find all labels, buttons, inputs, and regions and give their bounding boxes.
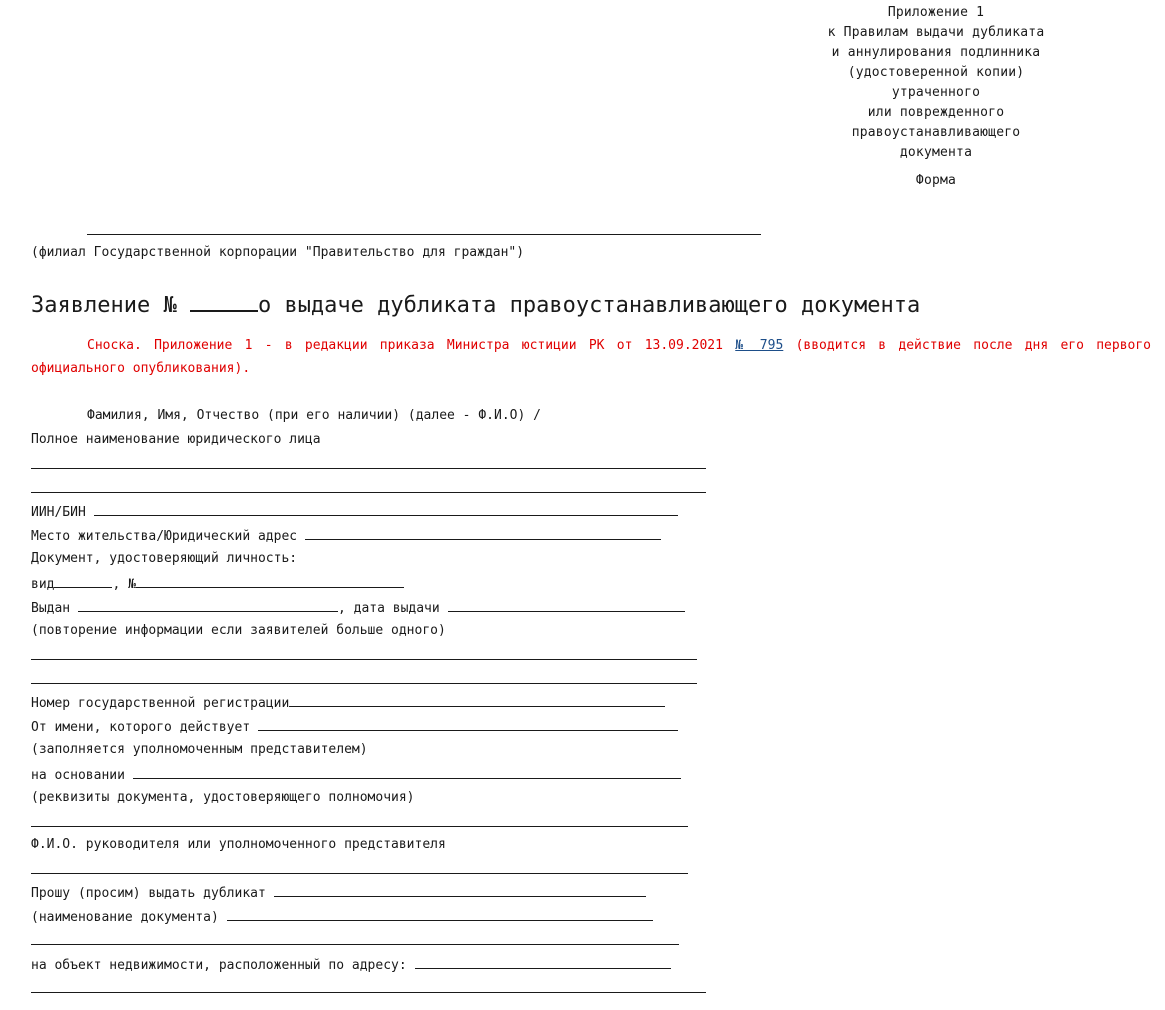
appendix-line: утраченного [780, 83, 1092, 103]
appendix-line: к Правилам выдачи дубликата [780, 23, 1092, 43]
kind-label: вид [31, 577, 54, 592]
applicant-name-line-1[interactable] [31, 456, 706, 474]
property-line-2[interactable] [31, 980, 706, 998]
footnote: Сноска. Приложение 1 - в редакции приказ… [31, 334, 1151, 380]
issued-label: Выдан [31, 601, 70, 616]
property-label: на объект недвижимости, расположенный по… [31, 958, 407, 973]
number-label: , № [112, 577, 135, 592]
reg-number-field: Номер государственной регистрации [31, 694, 665, 712]
fio-label: Фамилия, Имя, Отчество (при его наличии)… [87, 408, 541, 424]
doc-name-line-2[interactable] [31, 932, 679, 950]
address-label: Место жительства/Юридический адрес [31, 529, 297, 544]
appendix-line: правоустанавливающего [780, 123, 1092, 143]
doc-name-label: (наименование документа) [31, 910, 219, 925]
repeat-line-1[interactable] [31, 647, 697, 665]
appendix-header: Приложение 1 к Правилам выдачи дубликата… [780, 3, 1092, 191]
kind-input[interactable] [54, 575, 112, 588]
id-doc-label: Документ, удостоверяющий личность: [31, 551, 297, 567]
on-behalf-input[interactable] [258, 718, 678, 731]
head-fio-label: Ф.И.О. руководителя или уполномоченного … [31, 837, 446, 853]
application-number-blank[interactable] [190, 290, 258, 312]
footnote-text: Сноска. Приложение 1 - в редакции приказ… [87, 338, 723, 353]
branch-caption: (филиал Государственной корпорации "Прав… [31, 245, 524, 260]
authority-doc-label: (реквизиты документа, удостоверяющего по… [31, 790, 415, 806]
address-field: Место жительства/Юридический адрес [31, 527, 661, 545]
issued-field: Выдан , дата выдачи [31, 599, 685, 617]
title-prefix: Заявление № [31, 293, 177, 318]
iin-label: ИИН/БИН [31, 505, 86, 520]
appendix-line: и аннулирования подлинника [780, 43, 1092, 63]
form-label: Форма [780, 171, 1092, 191]
request-label: Прошу (просим) выдать дубликат [31, 886, 266, 901]
reg-number-label: Номер государственной регистрации [31, 696, 289, 711]
applicant-name-line-2[interactable] [31, 480, 706, 498]
doc-name-input[interactable] [227, 908, 653, 921]
request-input[interactable] [274, 884, 646, 897]
property-field: на объект недвижимости, расположенный по… [31, 956, 671, 974]
iin-field: ИИН/БИН [31, 503, 678, 521]
page-title: Заявление № о выдаче дубликата правоуста… [31, 290, 920, 318]
basis-input[interactable] [133, 766, 681, 779]
legal-name-label: Полное наименование юридического лица [31, 432, 321, 448]
head-fio-line[interactable] [31, 861, 688, 879]
order-link[interactable]: № 795 [735, 338, 783, 353]
doc-name-field: (наименование документа) [31, 908, 653, 926]
id-number-input[interactable] [136, 575, 404, 588]
reg-number-input[interactable] [289, 694, 665, 707]
property-input[interactable] [415, 956, 671, 969]
issue-date-input[interactable] [448, 599, 685, 612]
appendix-line: или поврежденного [780, 103, 1092, 123]
title-suffix: о выдаче дубликата правоустанавливающего… [258, 293, 920, 318]
request-field: Прошу (просим) выдать дубликат [31, 884, 646, 902]
appendix-line: (удостоверенной копии) [780, 63, 1092, 83]
authority-doc-line[interactable] [31, 814, 688, 832]
issued-by-input[interactable] [78, 599, 338, 612]
id-doc-field: вид, № [31, 575, 404, 593]
appendix-line: Приложение 1 [780, 3, 1092, 23]
address-input[interactable] [305, 527, 661, 540]
repeat-line-2[interactable] [31, 671, 697, 689]
basis-field: на основании [31, 766, 681, 784]
appendix-line: документа [780, 143, 1092, 163]
filled-by-rep-label: (заполняется уполномоченным представител… [31, 742, 368, 758]
on-behalf-field: От имени, которого действует [31, 718, 678, 736]
issue-date-label: , дата выдачи [338, 601, 440, 616]
branch-line[interactable] [87, 222, 761, 239]
basis-label: на основании [31, 768, 125, 783]
repeat-label: (повторение информации если заявителей б… [31, 623, 446, 639]
on-behalf-label: От имени, которого действует [31, 720, 250, 735]
iin-input[interactable] [94, 503, 678, 516]
